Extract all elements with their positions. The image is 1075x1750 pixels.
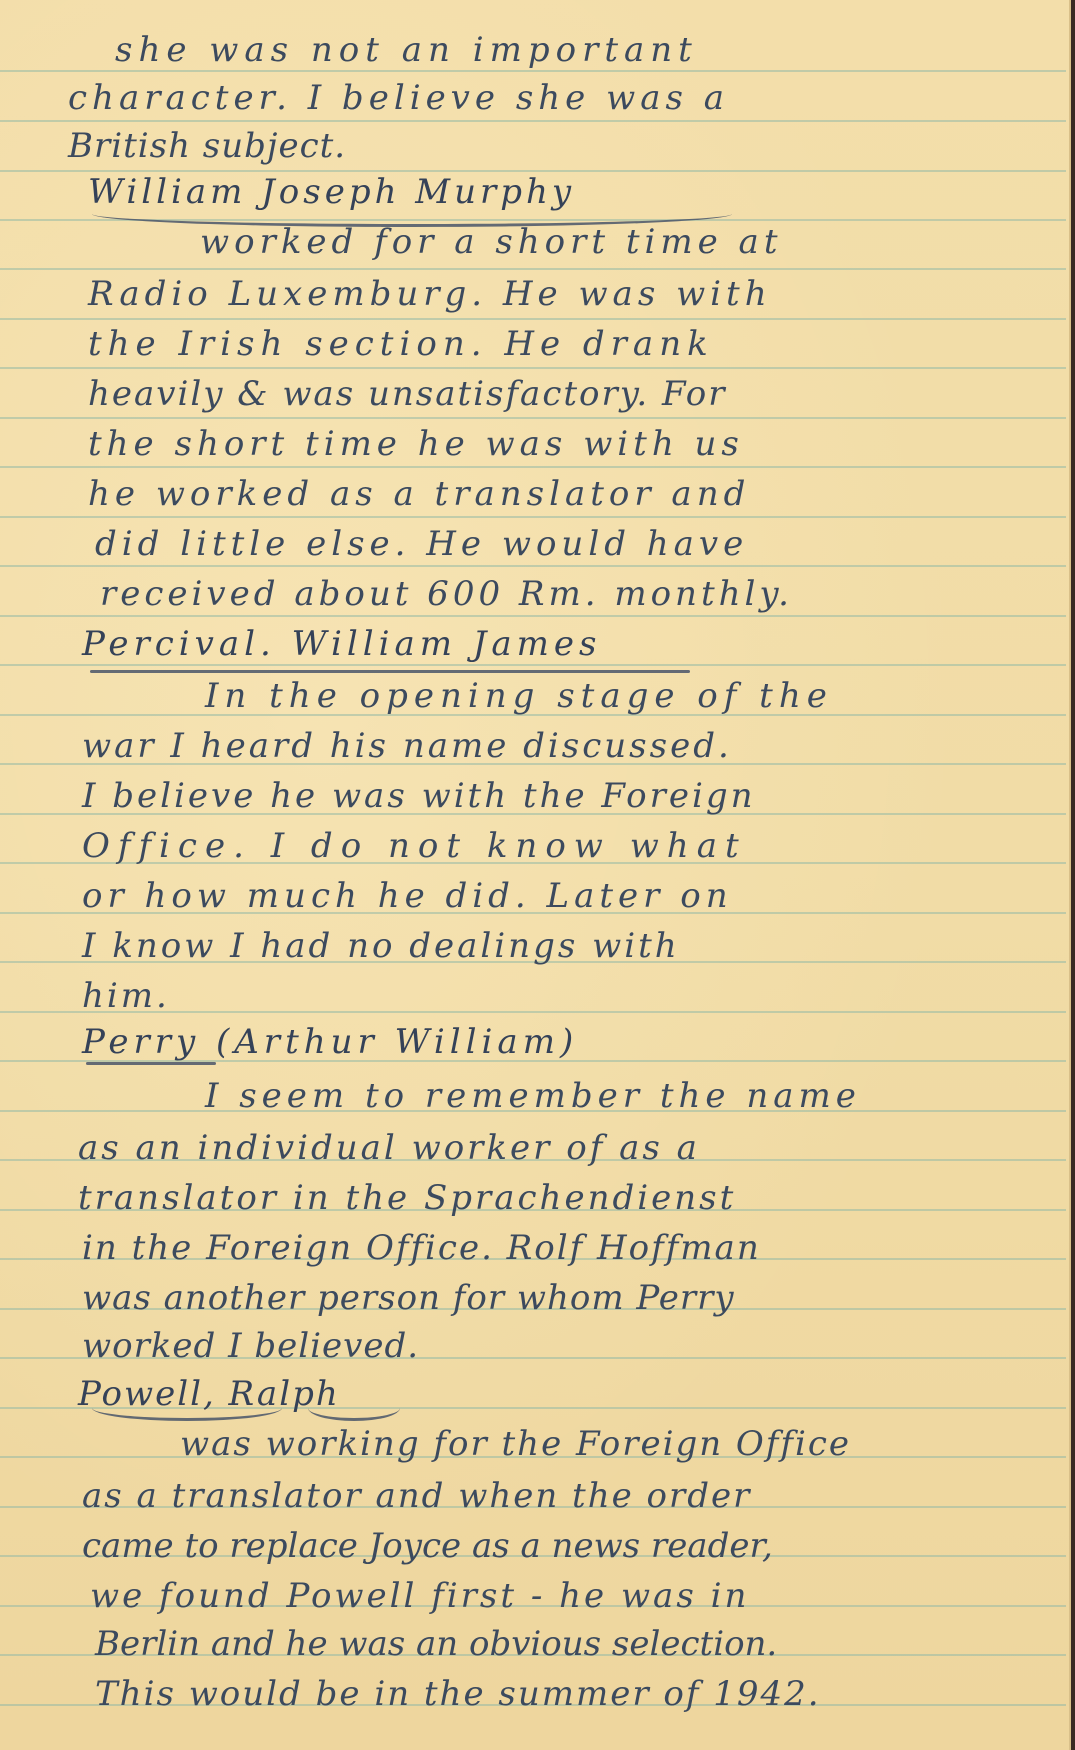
section-heading-murphy: William Joseph Murphy xyxy=(88,172,575,212)
text-line: Office. I do not know what xyxy=(82,826,747,866)
ruled-line xyxy=(0,367,1066,369)
text-line: I believe he was with the Foreign xyxy=(82,776,756,816)
text-line: translator in the Sprachendienst xyxy=(78,1178,736,1218)
heading-underline xyxy=(308,1408,400,1421)
text-line: character. I believe she was a xyxy=(68,78,729,118)
text-line: or how much he did. Later on xyxy=(82,876,733,916)
text-line: in the Foreign Office. Rolf Hoffman xyxy=(82,1228,761,1268)
ruled-line xyxy=(0,120,1066,122)
ruled-line xyxy=(0,318,1066,320)
ruled-line xyxy=(0,516,1066,518)
ruled-line xyxy=(0,70,1066,72)
text-line: war I heard his name discussed. xyxy=(82,726,732,766)
ruled-line xyxy=(0,615,1066,617)
text-line: the short time he was with us xyxy=(88,424,744,464)
text-line: he worked as a translator and xyxy=(88,474,750,514)
text-line: him. xyxy=(82,976,170,1016)
text-line: we found Powell first - he was in xyxy=(90,1576,749,1616)
text-line: worked for a short time at xyxy=(200,222,783,262)
heading-underline xyxy=(90,670,690,673)
section-heading-percival: Percival. William James xyxy=(82,624,601,664)
ruled-line xyxy=(0,565,1066,567)
ruled-line xyxy=(0,664,1066,666)
ruled-line xyxy=(0,268,1066,270)
text-line: was working for the Foreign Office xyxy=(180,1424,851,1464)
text-line: In the opening stage of the xyxy=(205,676,833,716)
text-line: Berlin and he was an obvious selection. xyxy=(95,1624,777,1664)
heading-underline xyxy=(92,1408,282,1421)
document-page: she was not an important character. I be… xyxy=(0,0,1071,1750)
text-line: Radio Luxemburg. He was with xyxy=(88,274,772,314)
text-line: heavily & was unsatisfactory. For xyxy=(88,374,727,414)
text-line: as a translator and when the order xyxy=(82,1476,751,1516)
text-line: she was not an important xyxy=(115,30,698,70)
text-line: This would be in the summer of 1942. xyxy=(95,1674,821,1714)
text-line: the Irish section. He drank xyxy=(88,324,714,364)
ruled-line xyxy=(0,417,1066,419)
heading-underline xyxy=(86,1062,216,1065)
ruled-line xyxy=(0,466,1066,468)
text-line: as an individual worker of as a xyxy=(78,1128,700,1168)
text-line: I know I had no dealings with xyxy=(82,926,680,966)
section-heading-perry: Perry (Arthur William) xyxy=(82,1022,578,1062)
text-line: did little else. He would have xyxy=(95,524,748,564)
text-line: came to replace Joyce as a news reader, xyxy=(82,1526,773,1566)
text-line: worked I believed. xyxy=(82,1326,419,1366)
text-line: I seem to remember the name xyxy=(205,1076,861,1116)
text-line: was another person for whom Perry xyxy=(82,1278,735,1318)
text-line: received about 600 Rm. monthly. xyxy=(100,574,793,614)
text-line: British subject. xyxy=(68,126,346,166)
